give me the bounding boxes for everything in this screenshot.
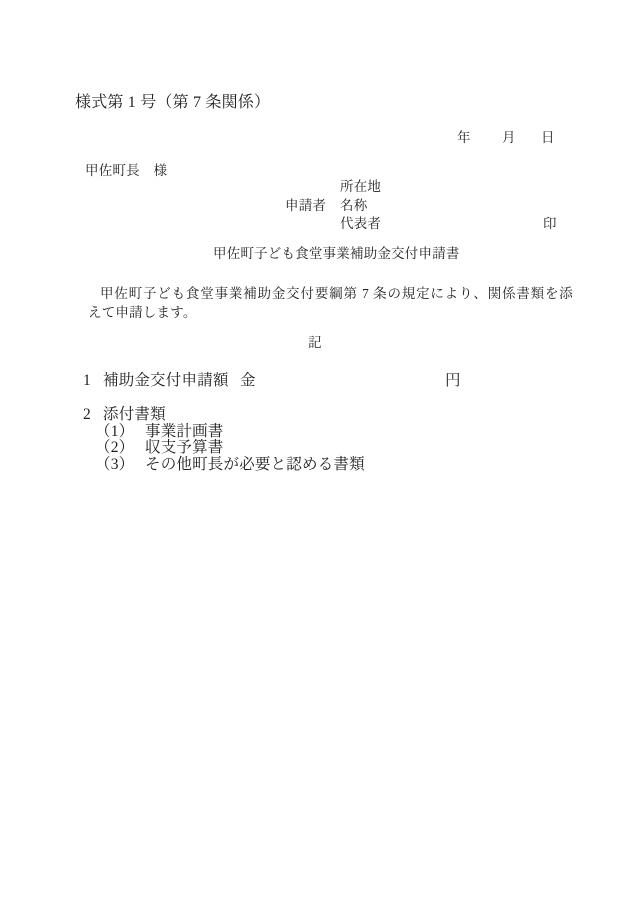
seal-label: 印 bbox=[543, 216, 557, 233]
applicant-location-label: 所在地 bbox=[340, 179, 381, 196]
item-1-number: 1 bbox=[83, 371, 91, 390]
item-2-number: 2 bbox=[83, 405, 91, 424]
record-marker: 記 bbox=[0, 335, 630, 352]
document-title: 甲佐町子ども食堂事業補助金交付申請書 bbox=[213, 246, 460, 263]
date-day-label: 日 bbox=[541, 130, 555, 147]
form-number: 様式第 1 号（第 7 条関係） bbox=[75, 93, 270, 113]
attachment-3-label: その他町長が必要と認める書類 bbox=[145, 455, 365, 474]
date-year-label: 年 bbox=[457, 130, 471, 147]
body-line-2: えて申請します。 bbox=[88, 305, 197, 322]
applicant-label: 申請者 bbox=[285, 198, 326, 215]
applicant-representative-label: 代表者 bbox=[340, 216, 381, 233]
document-page: 様式第 1 号（第 7 条関係） 年 月 日 甲佐町長 様 所在地 申請者 名称… bbox=[0, 0, 630, 903]
amount-prefix-label: 金 bbox=[240, 371, 256, 390]
attachment-3-number: （3） bbox=[95, 455, 134, 474]
addressee: 甲佐町長 様 bbox=[85, 163, 167, 180]
date-month-label: 月 bbox=[502, 130, 516, 147]
amount-suffix-label: 円 bbox=[445, 371, 461, 390]
applicant-name-label: 名称 bbox=[340, 198, 367, 215]
body-line-1: 甲佐町子ども食堂事業補助金交付要綱第 7 条の規定により、関係書類を添 bbox=[100, 286, 573, 303]
item-1-label: 補助金交付申請額 bbox=[103, 371, 229, 390]
